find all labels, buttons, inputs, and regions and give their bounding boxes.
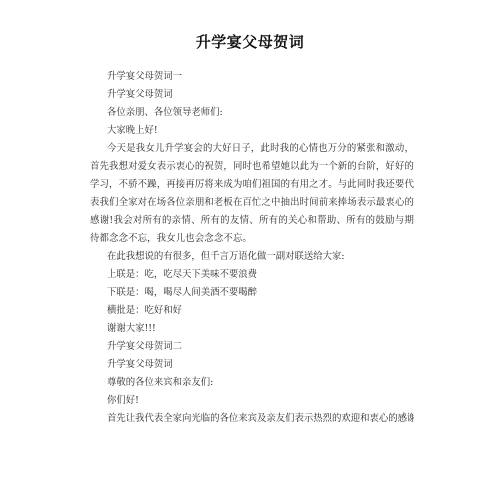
section2-heading: 升学宴父母贺词二 — [90, 338, 414, 356]
section1-heading: 升学宴父母贺词一 — [90, 68, 414, 86]
document-title: 升学宴父母贺词 — [0, 31, 500, 52]
section2-greeting: 你们好! — [90, 392, 414, 410]
couplet-horizontal: 横批是：吃好和好 — [90, 302, 414, 320]
section2-subheading: 升学宴父母贺词 — [90, 356, 414, 374]
section1-greeting: 大家晚上好! — [90, 122, 414, 140]
couplet-upper: 上联是：吃，吃尽天下美味不要浪费 — [90, 266, 414, 284]
section1-thanks: 谢谢大家!!! — [90, 320, 414, 338]
section1-paragraph1: 今天是我女儿升学宴会的大好日子，此时我的心情也万分的紧张和激动，首先我想对爱女表… — [90, 140, 414, 248]
section2-salutation: 尊敬的各位来宾和亲友们: — [90, 374, 414, 392]
section2-paragraph1: 首先让我代表全家向光临的各位来宾及亲友们表示热烈的欢迎和衷心的感谢! — [90, 410, 414, 428]
document-body: 升学宴父母贺词一 升学宴父母贺词 各位亲朋、各位领导老师们: 大家晚上好! 今天… — [90, 68, 414, 428]
couplet-lower: 下联是：喝，喝尽人间美酒不要喝醉 — [90, 284, 414, 302]
section1-salutation: 各位亲朋、各位领导老师们: — [90, 104, 414, 122]
section1-paragraph2: 在此我想说的有很多，但千言万语化做一副对联送给大家: — [90, 248, 414, 266]
section1-subheading: 升学宴父母贺词 — [90, 86, 414, 104]
